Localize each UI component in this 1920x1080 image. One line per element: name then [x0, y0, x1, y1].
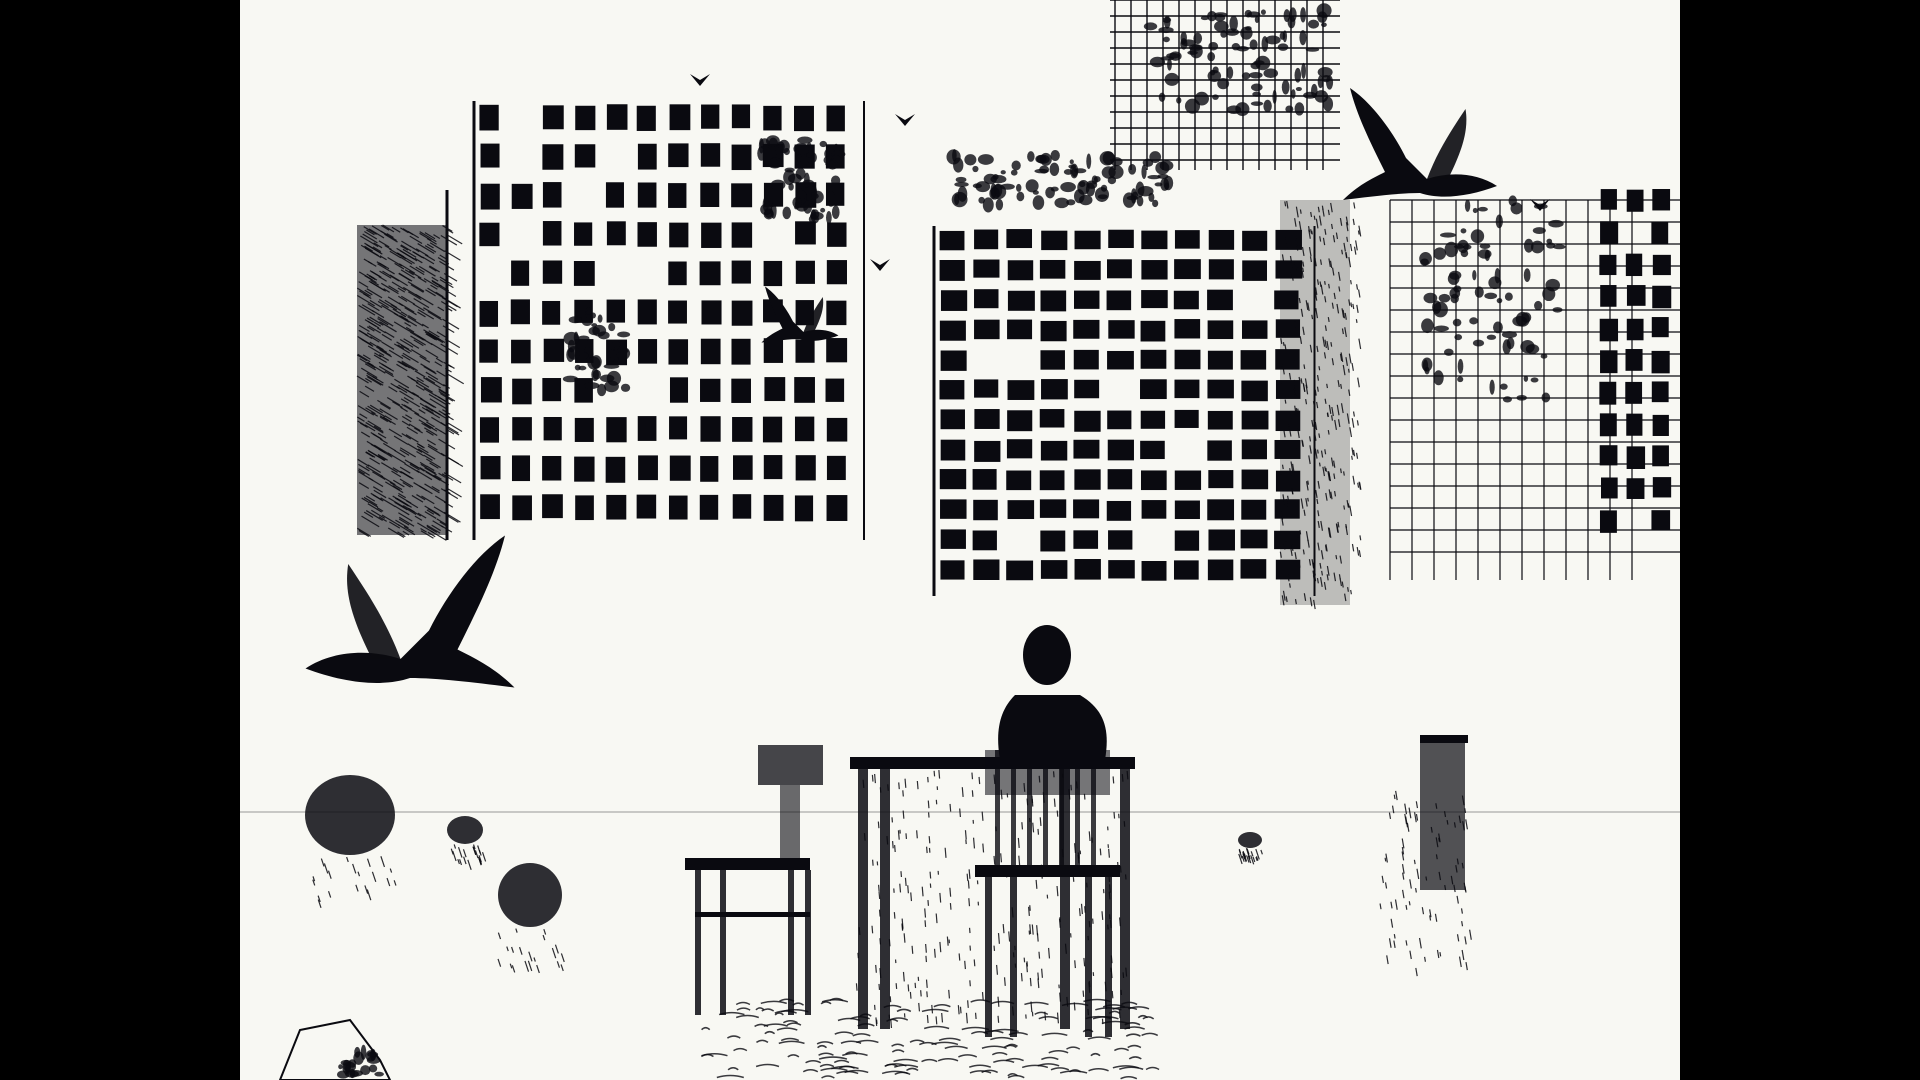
seated-person [998, 625, 1107, 760]
water-post [1380, 735, 1471, 976]
chair-right [975, 750, 1120, 1037]
rocks-in-water [280, 775, 1262, 1080]
chair-left [685, 745, 823, 1015]
ink-illustration [240, 0, 1680, 1080]
letterbox-left [0, 0, 240, 1080]
crow-distant [690, 74, 710, 86]
letterbox-right [1680, 0, 1920, 1080]
building-left-hatched [357, 190, 464, 540]
crow-distant [895, 114, 915, 126]
crow-large-left [306, 536, 515, 688]
crow-top-right [1343, 88, 1497, 200]
building-left-grid [474, 101, 864, 540]
crow-distant [870, 259, 890, 271]
building-center [934, 149, 1361, 609]
crow-distant [1530, 199, 1550, 211]
building-right-top [1110, 0, 1340, 170]
video-frame [240, 0, 1680, 1080]
building-right [1390, 189, 1680, 580]
